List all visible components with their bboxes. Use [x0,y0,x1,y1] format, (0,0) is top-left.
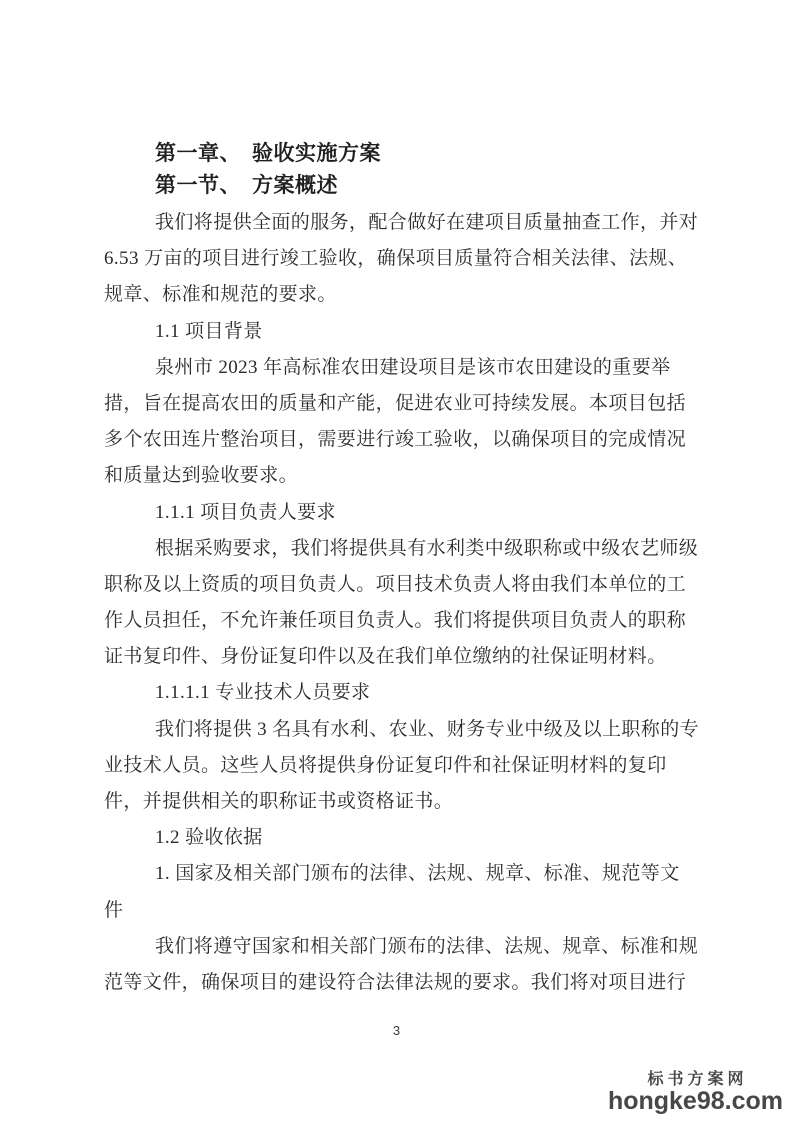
document-content: 第一章、 验收实施方案第一节、 方案概述我们将提供全面的服务，配合做好在建项目质… [104,137,693,1001]
paragraph-line: 件 [104,893,693,929]
chapter-heading: 第一章、 验收实施方案 [104,137,693,169]
section-heading: 第一节、 方案概述 [104,169,693,201]
paragraph-line: 6.53 万亩的项目进行竣工验收，确保项目质量符合相关法律、法规、 [104,241,693,277]
paragraph-line: 业技术人员。这些人员将提供身份证复印件和社保证明材料的复印 [104,748,693,784]
page-number: 3 [0,1022,793,1040]
paragraph-line: 泉州市 2023 年高标准农田建设项目是该市农田建设的重要举 [104,350,693,386]
paragraph-line: 作人员担任，不允许兼任项目负责人。我们将提供项目负责人的职称 [104,603,693,639]
paragraph-line: 证书复印件、身份证复印件以及在我们单位缴纳的社保证明材料。 [104,639,693,675]
paragraph-line: 规章、标准和规范的要求。 [104,277,693,313]
paragraph-line: 我们将提供 3 名具有水利、农业、财务专业中级及以上职称的专 [104,712,693,748]
document-page: 第一章、 验收实施方案第一节、 方案概述我们将提供全面的服务，配合做好在建项目质… [0,0,793,1122]
sub-heading: 1.1.1.1 专业技术人员要求 [104,675,693,711]
watermark-site-url: hongke98.com [608,1089,783,1114]
sub-heading: 1.1 项目背景 [104,314,693,350]
paragraph-line: 件，并提供相关的职称证书或资格证书。 [104,784,693,820]
paragraph-line: 我们将遵守国家和相关部门颁布的法律、法规、规章、标准和规 [104,929,693,965]
paragraph-line: 职称及以上资质的项目负责人。项目技术负责人将由我们本单位的工 [104,567,693,603]
watermark: 标书方案网 hongke98.com [608,1071,783,1114]
paragraph-line: 范等文件，确保项目的建设符合法律法规的要求。我们将对项目进行 [104,965,693,1001]
paragraph-line: 1. 国家及相关部门颁布的法律、法规、规章、标准、规范等文 [104,856,693,892]
paragraph-line: 根据采购要求，我们将提供具有水利类中级职称或中级农艺师级 [104,531,693,567]
paragraph-line: 措，旨在提高农田的质量和产能，促进农业可持续发展。本项目包括 [104,386,693,422]
paragraph-line: 和质量达到验收要求。 [104,458,693,494]
sub-heading: 1.1.1 项目负责人要求 [104,495,693,531]
paragraph-line: 我们将提供全面的服务，配合做好在建项目质量抽查工作，并对 [104,205,693,241]
paragraph-line: 多个农田连片整治项目，需要进行竣工验收，以确保项目的完成情况 [104,422,693,458]
sub-heading: 1.2 验收依据 [104,820,693,856]
